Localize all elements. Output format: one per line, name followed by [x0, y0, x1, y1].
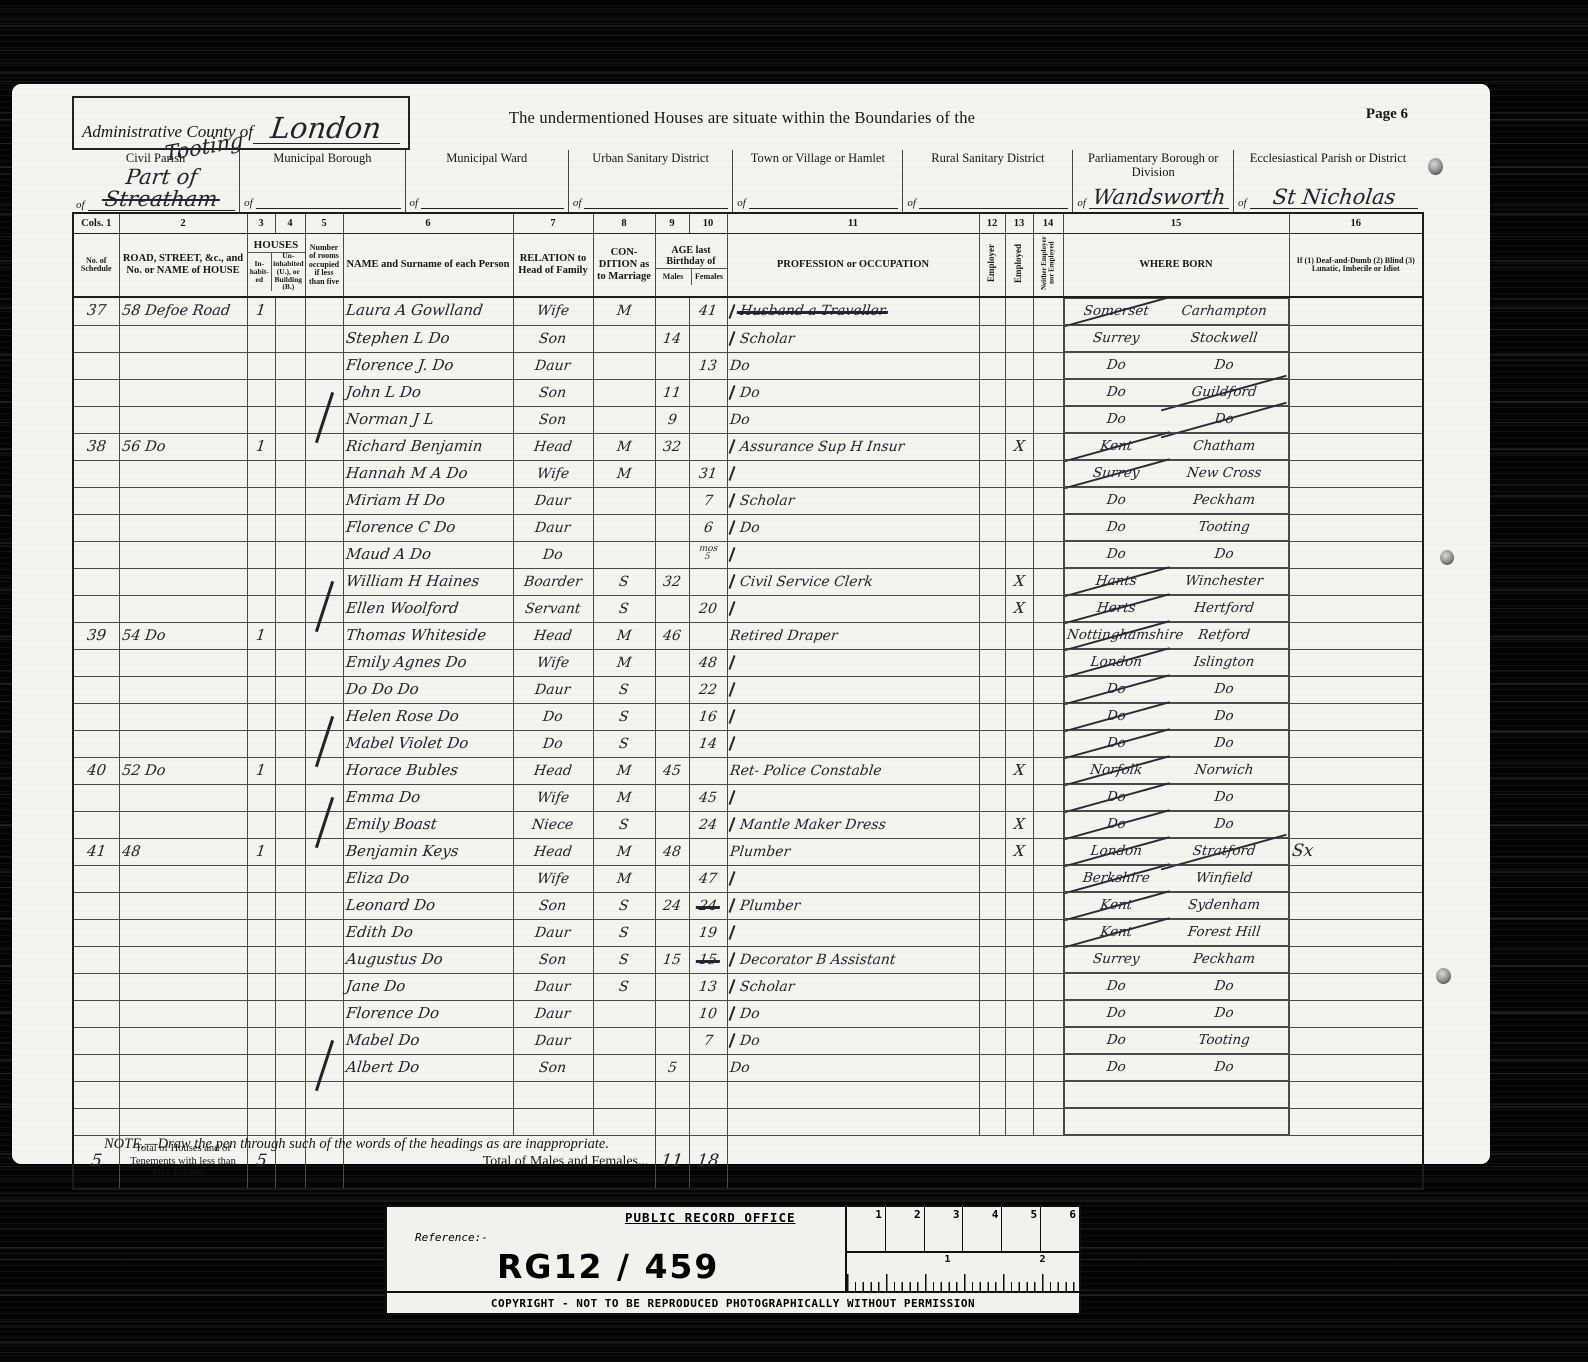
uninhabited-cell	[275, 1027, 305, 1054]
name-cell: Florence J. Do	[343, 352, 513, 379]
road-cell: 54 Do	[119, 622, 247, 649]
tick-mark	[728, 979, 735, 994]
name-cell: Florence C Do	[343, 514, 513, 541]
tick-mark	[728, 520, 735, 535]
header-males: Males	[656, 269, 691, 285]
uninhabited-cell	[275, 676, 305, 703]
condition-cell	[593, 1108, 655, 1136]
neither-cell	[1033, 838, 1063, 865]
census-row: Emma DoWifeM45DoDo	[73, 784, 1423, 811]
rooms-cell	[305, 1108, 343, 1136]
employer-cell	[979, 946, 1005, 973]
condition-cell	[593, 1000, 655, 1027]
cell-text: 7	[703, 1034, 714, 1049]
occupation-cell	[727, 595, 979, 622]
rooms-cell	[305, 973, 343, 1000]
rooms-cell	[305, 406, 343, 433]
name-cell: Richard Benjamin	[343, 433, 513, 460]
age-male-cell: 24	[655, 892, 689, 919]
employed-cell	[1005, 297, 1033, 325]
inhabited-cell	[247, 946, 275, 973]
employed-cell	[1005, 460, 1033, 487]
film-blemish-dot	[1440, 550, 1454, 565]
name-cell: Albert Do	[343, 1054, 513, 1081]
relation-cell: Son	[513, 325, 593, 352]
district-label: Rural Sanitary District	[907, 152, 1068, 166]
condition-cell	[593, 514, 655, 541]
age-female-cell: 20	[689, 595, 727, 622]
header-houses-title: HOUSES	[248, 239, 305, 252]
inhabited-cell	[247, 892, 275, 919]
employer-cell	[979, 1000, 1005, 1027]
reference-number: RG12 / 459	[497, 1247, 719, 1286]
employer-cell	[979, 919, 1005, 946]
relation-cell: Head	[513, 622, 593, 649]
cell-text: 39	[86, 628, 107, 644]
schedule-cell	[73, 946, 119, 973]
cell-text: 13	[698, 359, 718, 374]
column-headers-row: No. of Schedule ROAD, STREET, &c., and N…	[73, 234, 1423, 298]
condition-cell: S	[593, 703, 655, 730]
cell-text: 11	[662, 386, 682, 401]
cell-text: Thomas Whiteside	[345, 628, 487, 644]
cell-text: Kent	[1066, 925, 1166, 939]
cell-text: Do	[1164, 790, 1284, 804]
born-cell: KentForest Hill	[1064, 919, 1289, 946]
col-number: 7	[513, 213, 593, 234]
schedule-cell	[73, 865, 119, 892]
schedule-cell	[73, 325, 119, 352]
occupation-cell: Husband a Traveller	[727, 297, 979, 325]
cell-text: Do	[1066, 736, 1166, 750]
born-cell: KentSydenham	[1064, 892, 1289, 919]
schedule-cell	[73, 352, 119, 379]
cell-text: S	[618, 953, 629, 968]
cell-text: 32	[662, 440, 682, 455]
infirmity-cell	[1289, 1081, 1423, 1108]
cell-text: Hannah M A Do	[345, 466, 468, 482]
cell-text: 14	[698, 737, 718, 752]
born-cell: KentChatham	[1064, 433, 1289, 460]
infirmity-cell	[1289, 406, 1423, 433]
condition-cell: M	[593, 649, 655, 676]
cell-text: S	[618, 980, 629, 995]
employed-cell	[1005, 784, 1033, 811]
schedule-cell	[73, 514, 119, 541]
copyright-notice: COPYRIGHT - NOT TO BE REPRODUCED PHOTOGR…	[387, 1291, 1079, 1313]
census-row: Miriam H DoDaur7ScholarDoPeckham	[73, 487, 1423, 514]
neither-cell	[1033, 487, 1063, 514]
census-row: Florence DoDaur10DoDoDo	[73, 1000, 1423, 1027]
rooms-cell	[305, 784, 343, 811]
neither-cell	[1033, 568, 1063, 595]
condition-cell	[593, 352, 655, 379]
name-cell: Edith Do	[343, 919, 513, 946]
age-male-cell	[655, 1081, 689, 1108]
age-female-cell	[689, 406, 727, 433]
occupation-cell: Do	[727, 406, 979, 433]
road-cell	[119, 919, 247, 946]
cell-text: 1	[255, 439, 266, 455]
age-male-cell	[655, 487, 689, 514]
name-cell: Helen Rose Do	[343, 703, 513, 730]
cell-text: Boarder	[523, 575, 583, 590]
relation-cell	[513, 1108, 593, 1136]
relation-cell: Daur	[513, 919, 593, 946]
employer-cell	[979, 406, 1005, 433]
employed-cell	[1005, 892, 1033, 919]
col-number: 4	[275, 213, 305, 234]
col-number: 11	[727, 213, 979, 234]
district-label: Parliamentary Borough or Division	[1077, 152, 1229, 180]
film-scratch	[0, 8, 1588, 10]
age-male-cell	[655, 784, 689, 811]
road-cell	[119, 892, 247, 919]
employer-cell	[979, 730, 1005, 757]
road-cell	[119, 703, 247, 730]
cell-text: Son	[539, 899, 568, 914]
col-number: 5	[305, 213, 343, 234]
cell-text: Horace Bubles	[345, 763, 459, 779]
schedule-cell	[73, 568, 119, 595]
tick-mark	[728, 439, 735, 454]
film-scratch	[0, 1326, 1588, 1328]
occupation-cell	[727, 1108, 979, 1136]
relation-cell: Daur	[513, 514, 593, 541]
employed-cell	[1005, 865, 1033, 892]
condition-cell	[593, 1054, 655, 1081]
employer-cell	[979, 1108, 1005, 1136]
condition-cell: M	[593, 433, 655, 460]
relation-cell: Head	[513, 757, 593, 784]
cell-text: Do	[542, 710, 563, 725]
road-cell	[119, 973, 247, 1000]
cell-text: 37	[86, 303, 107, 319]
relation-cell: Head	[513, 838, 593, 865]
uninhabited-cell	[275, 297, 305, 325]
born-cell: SurreyStockwell	[1064, 325, 1289, 352]
tick-mark	[728, 736, 735, 751]
cell-text: Do	[739, 1034, 760, 1049]
neither-cell	[1033, 973, 1063, 1000]
age-male-cell	[655, 676, 689, 703]
name-cell: Emma Do	[343, 784, 513, 811]
uninhabited-cell	[275, 1108, 305, 1136]
name-cell: Emily Agnes Do	[343, 649, 513, 676]
name-cell: Eliza Do	[343, 865, 513, 892]
cell-text: Florence Do	[345, 1006, 440, 1022]
census-row: 3954 Do1Thomas WhitesideHeadM46Retired D…	[73, 622, 1423, 649]
condition-cell: S	[593, 946, 655, 973]
inhabited-cell	[247, 1054, 275, 1081]
header-relation: RELATION to Head of Family	[513, 234, 593, 298]
occupation-cell: Do	[727, 1000, 979, 1027]
district-struck-value: Streatham	[104, 188, 219, 210]
inhabited-cell	[247, 784, 275, 811]
relation-cell: Son	[513, 379, 593, 406]
age-male-cell	[655, 730, 689, 757]
cell-text: Do	[1164, 1060, 1284, 1074]
cell-text: M	[616, 656, 632, 671]
neither-cell	[1033, 919, 1063, 946]
tick-mark	[728, 574, 735, 589]
cell-text: Augustus Do	[345, 952, 444, 968]
occupation-cell: Retired Draper	[727, 622, 979, 649]
neither-cell	[1033, 811, 1063, 838]
tick-mark	[728, 925, 735, 940]
neither-cell	[1033, 1027, 1063, 1054]
page-number: Page 6	[1366, 106, 1408, 123]
age-female-cell: 13	[689, 973, 727, 1000]
inhabited-cell	[247, 1108, 275, 1136]
name-cell: John L Do	[343, 379, 513, 406]
cell-text: Son	[539, 413, 568, 428]
cell-text: 19	[698, 926, 718, 941]
district-header-row: Civil Parish of Part of Streatham Tootin…	[72, 150, 1422, 214]
age-female-cell	[689, 1108, 727, 1136]
cell-text: mos 5	[694, 545, 722, 561]
inhabited-cell	[247, 1027, 275, 1054]
census-row: 3856 Do1Richard BenjaminHeadM32Assurance…	[73, 433, 1423, 460]
cell-text: Do	[1066, 1060, 1166, 1074]
rooms-cell	[305, 757, 343, 784]
name-cell: Benjamin Keys	[343, 838, 513, 865]
born-cell: DoDo	[1064, 703, 1289, 730]
infirmity-cell	[1289, 297, 1423, 325]
inhabited-cell	[247, 568, 275, 595]
district-label: Municipal Borough	[244, 152, 400, 166]
employer-cell	[979, 595, 1005, 622]
cell-text: 45	[662, 764, 682, 779]
header-road: ROAD, STREET, &c., and No. or NAME of HO…	[119, 234, 247, 298]
schedule-cell	[73, 1054, 119, 1081]
header-rooms: Number of rooms occupied if less than fi…	[305, 234, 343, 298]
age-male-cell: 14	[655, 325, 689, 352]
cell-text: Kent	[1066, 898, 1166, 912]
tick-mark	[728, 952, 735, 967]
tick-mark	[728, 655, 735, 670]
cell-text: 20	[698, 602, 718, 617]
cell-text: M	[616, 629, 632, 644]
name-cell: Norman J L	[343, 406, 513, 433]
cell-text: Husband a Traveller	[739, 304, 886, 319]
road-cell	[119, 460, 247, 487]
header-neither-text: Neither Employer nor Employed	[1041, 234, 1056, 292]
age-female-cell	[689, 757, 727, 784]
age-female-cell: 10	[689, 1000, 727, 1027]
name-cell: Miriam H Do	[343, 487, 513, 514]
col-number: 2	[119, 213, 247, 234]
tick-mark	[728, 790, 735, 805]
relation-cell: Son	[513, 892, 593, 919]
employed-cell	[1005, 352, 1033, 379]
cell-text: Do	[1066, 358, 1166, 372]
cell-text: Albert Do	[345, 1060, 420, 1076]
infirmity-cell	[1289, 487, 1423, 514]
age-female-cell: 7	[689, 487, 727, 514]
inhabited-cell	[247, 487, 275, 514]
born-cell: BerkshireWinfield	[1064, 865, 1289, 892]
tick-mark	[728, 871, 735, 886]
occupation-cell	[727, 865, 979, 892]
ruler-number: 2	[1040, 1254, 1046, 1265]
cell-text: 1	[255, 763, 266, 779]
road-cell	[119, 325, 247, 352]
cell-text: Surrey	[1066, 952, 1166, 966]
relation-cell: Head	[513, 433, 593, 460]
cell-text: X	[1013, 439, 1026, 455]
cell-text: Do	[1066, 385, 1166, 399]
district-value-line	[421, 194, 564, 209]
cell-text: 22	[698, 683, 718, 698]
born-cell: DoDo	[1064, 811, 1289, 838]
age-male-cell	[655, 919, 689, 946]
totals-schedule-value: 5	[90, 1153, 103, 1171]
header-employed: Employed	[1005, 234, 1033, 298]
name-cell: Hannah M A Do	[343, 460, 513, 487]
employed-cell	[1005, 514, 1033, 541]
name-cell: Horace Bubles	[343, 757, 513, 784]
rooms-cell	[305, 325, 343, 352]
uninhabited-cell	[275, 649, 305, 676]
road-cell: 48	[119, 838, 247, 865]
cell-text: Tooting	[1164, 1033, 1284, 1047]
tick-mark	[728, 331, 735, 346]
cell-text: Daur	[534, 494, 571, 509]
header-employer-text: Employer	[987, 244, 996, 282]
inhabited-cell	[247, 676, 275, 703]
cell-text: Laura A Gowlland	[345, 303, 484, 319]
employed-cell	[1005, 622, 1033, 649]
condition-cell: S	[593, 892, 655, 919]
employer-cell	[979, 892, 1005, 919]
rooms-cell	[305, 703, 343, 730]
cell-text: Do	[739, 1007, 760, 1022]
occupation-cell	[727, 703, 979, 730]
cell-text: Florence C Do	[345, 520, 456, 536]
schedule-cell	[73, 1108, 119, 1136]
uninhabited-cell	[275, 1081, 305, 1108]
cell-text: Scholar	[739, 494, 795, 509]
infirmity-cell	[1289, 946, 1423, 973]
totals-empty-cell	[727, 1136, 1423, 1190]
infirmity-cell	[1289, 973, 1423, 1000]
occupation-cell: Do	[727, 379, 979, 406]
cell-text: Surrey	[1066, 466, 1166, 480]
uninhabited-cell	[275, 406, 305, 433]
uninhabited-cell	[275, 1000, 305, 1027]
age-male-cell	[655, 541, 689, 568]
schedule-cell	[73, 676, 119, 703]
cell-text: Guildford	[1164, 385, 1284, 399]
condition-cell	[593, 325, 655, 352]
born-cell: DoDo	[1064, 730, 1289, 757]
schedule-cell: 38	[73, 433, 119, 460]
totals-females-cell: 18	[689, 1136, 727, 1190]
age-female-cell: 13	[689, 352, 727, 379]
inhabited-cell: 1	[247, 297, 275, 325]
cell-text: Wife	[536, 656, 570, 671]
employed-cell	[1005, 379, 1033, 406]
census-row: Ellen WoolfordServantS20XHertsHertford	[73, 595, 1423, 622]
neither-cell	[1033, 865, 1063, 892]
cell-text: Do	[1066, 979, 1166, 993]
cell-text: Servant	[524, 602, 581, 617]
age-male-cell: 48	[655, 838, 689, 865]
age-male-cell: 32	[655, 433, 689, 460]
condition-cell: S	[593, 811, 655, 838]
age-female-cell	[689, 568, 727, 595]
district-municipal-ward: Municipal Ward of	[406, 150, 569, 212]
tick-mark	[728, 1033, 735, 1048]
col-number: 12	[979, 213, 1005, 234]
uninhabited-cell	[275, 325, 305, 352]
rooms-cell	[305, 676, 343, 703]
cell-text: 58 Defoe Road	[121, 304, 231, 319]
cell-text: Wife	[536, 467, 570, 482]
relation-cell: Daur	[513, 1027, 593, 1054]
schedule-cell: 40	[73, 757, 119, 784]
cell-text: 14	[662, 332, 682, 347]
uninhabited-cell	[275, 541, 305, 568]
cell-text: Mabel Do	[345, 1033, 420, 1049]
neither-cell	[1033, 946, 1063, 973]
employed-cell	[1005, 1000, 1033, 1027]
uninhabited-cell	[275, 595, 305, 622]
inhabited-cell	[247, 406, 275, 433]
rooms-cell	[305, 568, 343, 595]
occupation-cell	[727, 919, 979, 946]
uninhabited-cell	[275, 919, 305, 946]
road-cell	[119, 784, 247, 811]
occupation-cell: Plumber	[727, 892, 979, 919]
rooms-cell	[305, 433, 343, 460]
cell-text: Herts	[1066, 601, 1166, 615]
relation-cell: Boarder	[513, 568, 593, 595]
schedule-cell: 37	[73, 297, 119, 325]
age-male-cell	[655, 649, 689, 676]
uninhabited-cell	[275, 433, 305, 460]
col-number: 16	[1289, 213, 1423, 234]
condition-cell: S	[593, 730, 655, 757]
cell-text: 48	[121, 845, 141, 860]
cell-text: Stockwell	[1164, 331, 1284, 345]
name-cell: Mabel Do	[343, 1027, 513, 1054]
rooms-cell	[305, 622, 343, 649]
condition-cell: M	[593, 838, 655, 865]
inhabited-cell	[247, 460, 275, 487]
neither-cell	[1033, 297, 1063, 325]
schedule-cell	[73, 1081, 119, 1108]
cell-text: Helen Rose Do	[345, 709, 460, 725]
district-value-line	[919, 194, 1069, 209]
born-cell: NorfolkNorwich	[1064, 757, 1289, 784]
age-male-cell	[655, 595, 689, 622]
cell-text: Winfield	[1164, 871, 1284, 885]
tick-mark	[728, 682, 735, 697]
road-cell	[119, 379, 247, 406]
rooms-cell	[305, 865, 343, 892]
infirmity-cell	[1289, 541, 1423, 568]
cell-text: Do	[1066, 790, 1166, 804]
cell-text: Benjamin Keys	[345, 844, 459, 860]
tick-mark	[728, 493, 735, 508]
age-female-cell: 16	[689, 703, 727, 730]
census-row: Eliza DoWifeM47BerkshireWinfield	[73, 865, 1423, 892]
inhabited-cell	[247, 811, 275, 838]
born-cell: DoDo	[1064, 973, 1289, 1000]
neither-cell	[1033, 541, 1063, 568]
